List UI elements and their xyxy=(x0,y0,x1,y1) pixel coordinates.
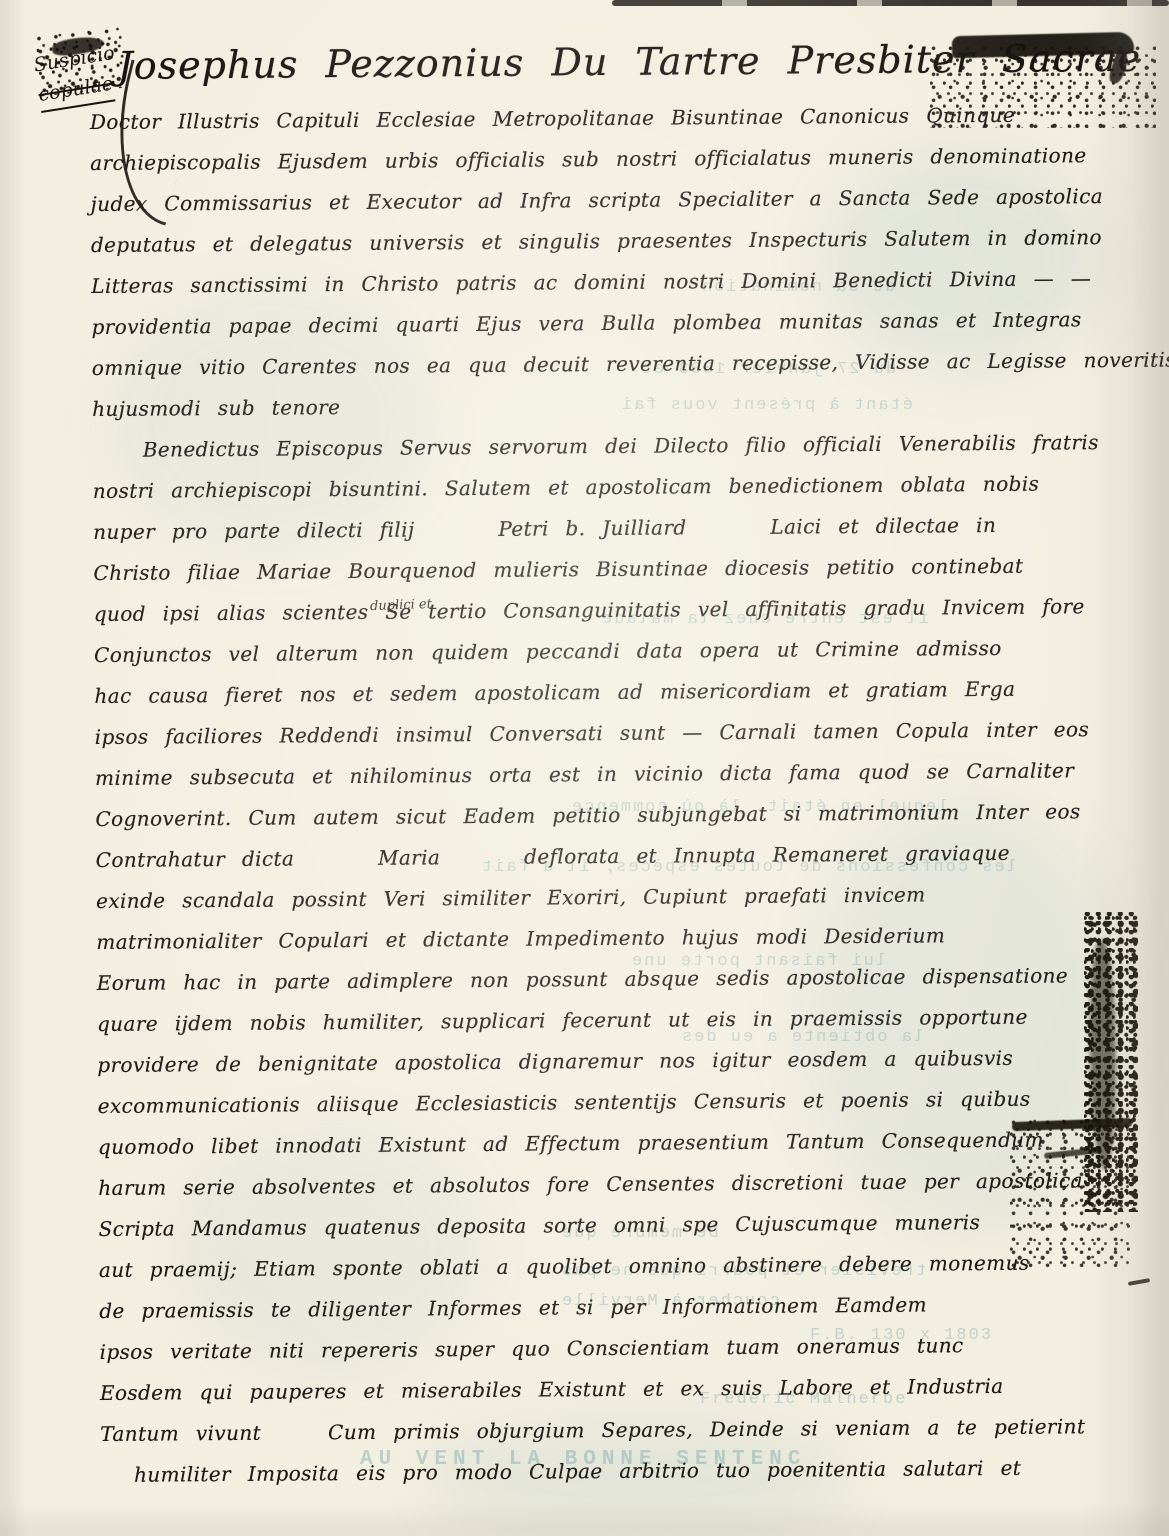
manuscript-lines: Doctor Illustris Capituli Ecclesiae Metr… xyxy=(90,94,1121,1496)
manuscript-line: humiliter Imposita eis pro modo Culpae a… xyxy=(100,1447,1120,1496)
manuscript-body: Josephus Pezzonius Du Tartre Presbiter S… xyxy=(89,36,1120,1496)
scanned-manuscript-page: de sa nominationdu 27 janvier 1803 etéta… xyxy=(0,0,1169,1536)
manuscript-line: aut praemij; Etiam sponte oblati a quoli… xyxy=(99,1242,1119,1291)
manuscript-line: omnique vitio Carentes nos ea qua decuit… xyxy=(92,340,1112,389)
toner-streak-top xyxy=(612,0,1169,6)
interlinear-insertion: duplici et xyxy=(370,597,432,614)
manuscript-heading: Josephus Pezzonius Du Tartre Presbiter S… xyxy=(117,36,1109,88)
manuscript-line: Contrahatur dicta Maria deflorata et Inn… xyxy=(96,832,1116,881)
toner-dash-right xyxy=(1128,1278,1150,1286)
